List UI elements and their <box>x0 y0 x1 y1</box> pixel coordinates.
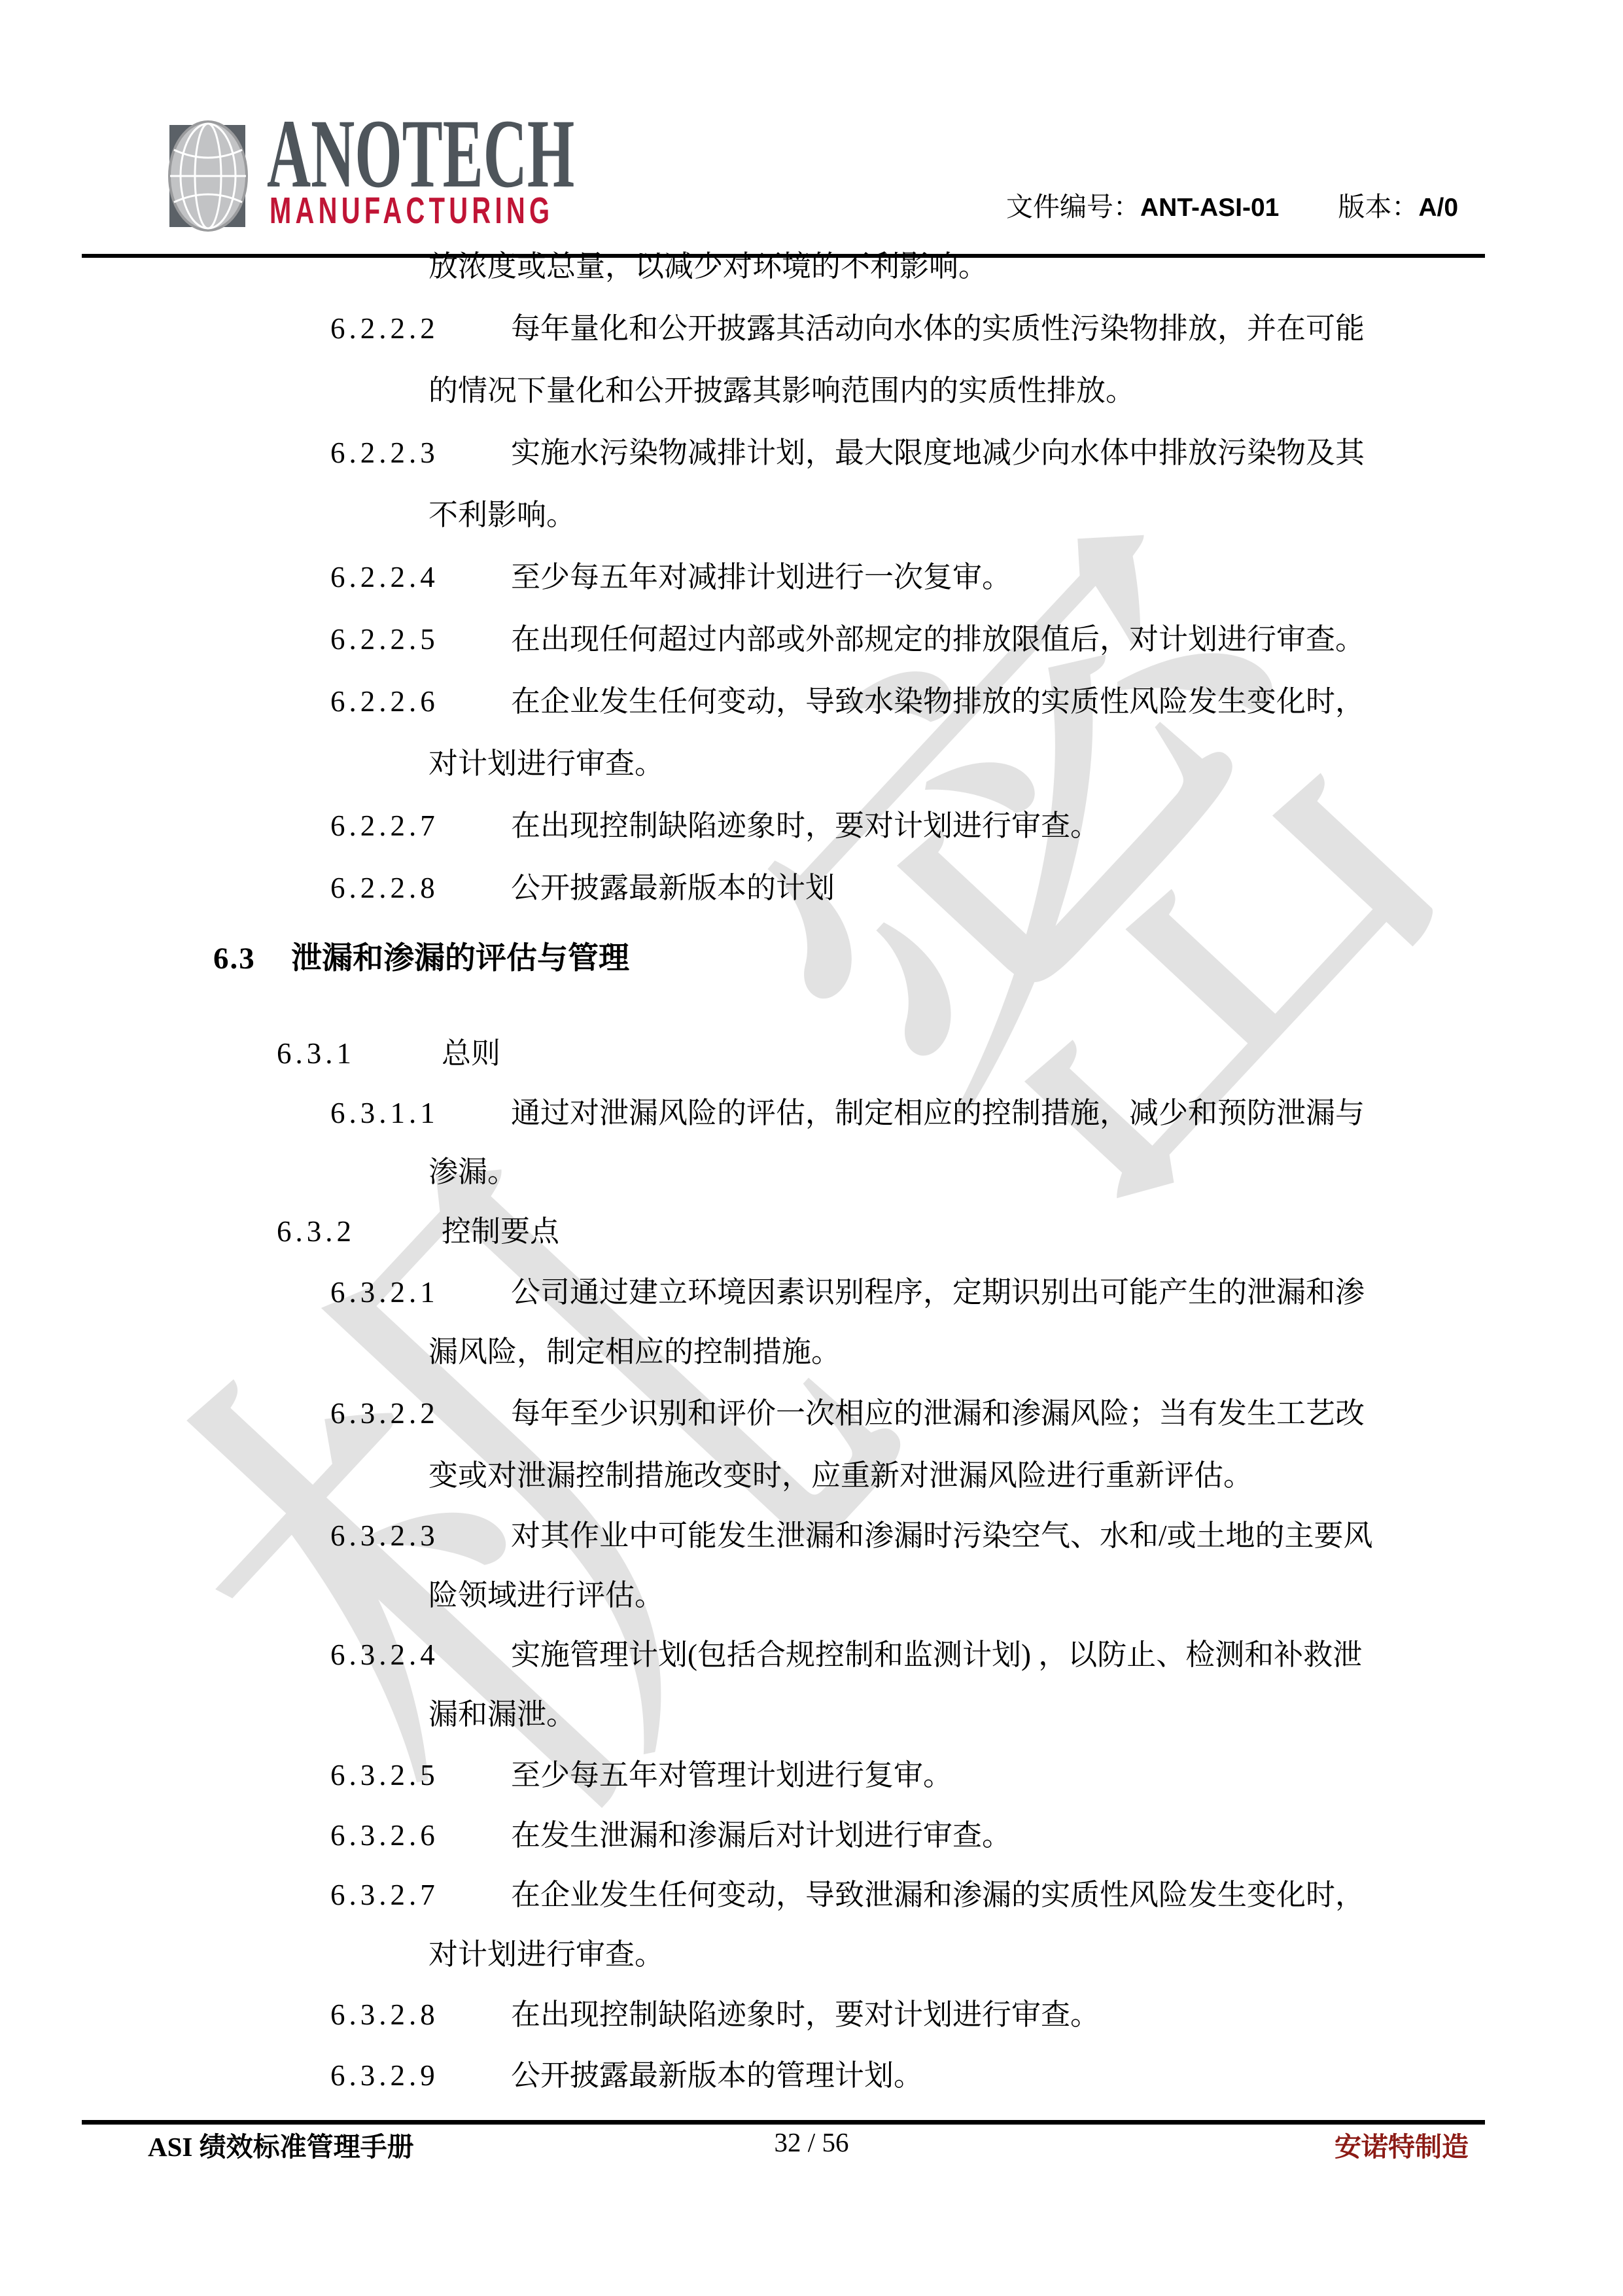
clause-text: 通过对泄漏风险的评估，制定相应的控制措施，减少和预防泄漏与 <box>511 1097 1365 1129</box>
clause-text: 总则 <box>442 1037 500 1070</box>
doc-line: 渗漏。 <box>428 1156 517 1190</box>
doc-line: 漏和漏泄。 <box>428 1698 576 1732</box>
clause-number: 6.2.2.4 <box>330 561 511 595</box>
globe-icon <box>167 120 249 232</box>
clause-number: 6.2.2.2 <box>330 312 511 346</box>
document-page: 机密 ANOTECH MANUFACTURING 文件编号：ANT-ASI-01… <box>0 0 1623 2296</box>
clause-number: 6.3.1.1 <box>330 1097 511 1131</box>
clause-text: 实施水污染物减排计划，最大限度地减少向水体中排放污染物及其 <box>511 436 1365 469</box>
doc-line: 6.3.2.5至少每五年对管理计划进行复审。 <box>330 1759 952 1793</box>
clause-text: 放浓度或总量，以减少对环境的不利影响。 <box>428 250 988 283</box>
doc-line: 6.2.2.3实施水污染物减排计划，最大限度地减少向水体中排放污染物及其 <box>330 436 1365 470</box>
doc-line: 放浓度或总量，以减少对环境的不利影响。 <box>428 250 988 284</box>
clause-text: 变或对泄漏控制措施改变时，应重新对泄漏风险进行重新评估。 <box>428 1459 1253 1492</box>
footer-company-name: 安诺特制造 <box>1335 2125 1469 2164</box>
clause-text: 漏和漏泄。 <box>428 1698 576 1731</box>
clause-number: 6.3.2.3 <box>330 1519 511 1553</box>
doc-line: 6.2.2.4至少每五年对减排计划进行一次复审。 <box>330 561 1011 595</box>
section-heading: 6.3泄漏和渗漏的评估与管理 <box>213 941 629 976</box>
doc-line: 6.2.2.2每年量化和公开披露其活动向水体的实质性污染物排放，并在可能 <box>330 312 1365 346</box>
clause-number: 6.3.2.6 <box>330 1819 511 1853</box>
clause-text: 在企业发生任何变动，导致泄漏和渗漏的实质性风险发生变化时， <box>511 1879 1365 1911</box>
doc-line: 6.2.2.6在企业发生任何变动，导致水染物排放的实质性风险发生变化时， <box>330 685 1365 719</box>
clause-text: 控制要点 <box>442 1215 559 1248</box>
document-meta: 文件编号：ANT-ASI-01版本：A/0 <box>1006 191 1458 224</box>
clause-text: 在企业发生任何变动，导致水染物排放的实质性风险发生变化时， <box>511 685 1365 718</box>
doc-line: 的情况下量化和公开披露其影响范围内的实质性排放。 <box>428 374 1135 408</box>
section-title: 泄漏和渗漏的评估与管理 <box>291 942 629 976</box>
clause-number: 6.3.2.7 <box>330 1879 511 1913</box>
clause-number: 6.3.2.4 <box>330 1638 511 1672</box>
clause-text: 公开披露最新版本的计划 <box>511 872 835 904</box>
doc-number-label: 文件编号： <box>1006 192 1140 222</box>
clause-text: 渗漏。 <box>428 1156 517 1188</box>
doc-line: 6.3.2.4实施管理计划(包括合规控制和监测计划) ，以防止、检测和补救泄 <box>330 1638 1362 1672</box>
doc-line: 对计划进行审查。 <box>428 1938 664 1972</box>
doc-line: 对计划进行审查。 <box>428 747 664 781</box>
doc-line: 6.3.2.7在企业发生任何变动，导致泄漏和渗漏的实质性风险发生变化时， <box>330 1879 1365 1913</box>
clause-text: 至少每五年对管理计划进行复审。 <box>511 1759 952 1792</box>
clause-text: 公开披露最新版本的管理计划。 <box>511 2059 923 2092</box>
brand-name: ANOTECH <box>267 105 574 203</box>
doc-line: 6.3.2.3对其作业中可能发生泄漏和渗漏时污染空气、水和/或土地的主要风 <box>330 1519 1373 1553</box>
doc-line: 6.3.2.9公开披露最新版本的管理计划。 <box>330 2059 923 2093</box>
doc-line: 漏风险，制定相应的控制措施。 <box>428 1335 841 1369</box>
clause-text: 至少每五年对减排计划进行一次复审。 <box>511 561 1011 593</box>
doc-line: 险领域进行评估。 <box>428 1579 664 1613</box>
doc-line: 6.2.2.5在出现任何超过内部或外部规定的排放限值后，对计划进行审查。 <box>330 623 1365 657</box>
doc-line: 6.2.2.8公开披露最新版本的计划 <box>330 872 835 906</box>
clause-text: 每年至少识别和评价一次相应的泄漏和渗漏风险；当有发生工艺改 <box>511 1397 1365 1430</box>
clause-number: 6.3.2.9 <box>330 2059 511 2093</box>
clause-text: 在发生泄漏和渗漏后对计划进行审查。 <box>511 1819 1011 1852</box>
page-content: ANOTECH MANUFACTURING 文件编号：ANT-ASI-01版本：… <box>0 0 1623 2296</box>
version-label: 版本： <box>1338 192 1418 222</box>
clause-text: 对其作业中可能发生泄漏和渗漏时污染空气、水和/或土地的主要风 <box>511 1519 1373 1552</box>
doc-line: 不利影响。 <box>428 499 576 533</box>
clause-text: 实施管理计划(包括合规控制和监测计划) ，以防止、检测和补救泄 <box>511 1638 1362 1671</box>
doc-line: 6.3.2控制要点 <box>277 1215 559 1249</box>
section-number: 6.3 <box>213 941 291 976</box>
brand-subtitle: MANUFACTURING <box>270 192 553 230</box>
clause-text: 公司通过建立环境因素识别程序，定期识别出可能产生的泄漏和渗 <box>511 1276 1365 1309</box>
clause-number: 6.3.1 <box>277 1037 442 1071</box>
version-value: A/0 <box>1418 194 1458 222</box>
clause-text: 在出现任何超过内部或外部规定的排放限值后，对计划进行审查。 <box>511 623 1365 656</box>
clause-number: 6.2.2.3 <box>330 436 511 470</box>
footer-rule <box>82 2120 1485 2125</box>
doc-line: 6.2.2.7在出现控制缺陷迹象时，要对计划进行审查。 <box>330 809 1100 843</box>
doc-line: 6.3.2.6在发生泄漏和渗漏后对计划进行审查。 <box>330 1819 1011 1853</box>
clause-number: 6.2.2.7 <box>330 809 511 843</box>
clause-text: 在出现控制缺陷迹象时，要对计划进行审查。 <box>511 1998 1100 2031</box>
company-logo <box>167 120 249 232</box>
clause-number: 6.3.2.2 <box>330 1397 511 1431</box>
doc-line: 6.3.1总则 <box>277 1037 500 1071</box>
doc-line: 6.3.2.1公司通过建立环境因素识别程序，定期识别出可能产生的泄漏和渗 <box>330 1276 1365 1310</box>
doc-line: 6.3.2.8在出现控制缺陷迹象时，要对计划进行审查。 <box>330 1998 1100 2032</box>
clause-number: 6.3.2.1 <box>330 1276 511 1310</box>
doc-line: 6.3.1.1通过对泄漏风险的评估，制定相应的控制措施，减少和预防泄漏与 <box>330 1097 1365 1131</box>
clause-text: 险领域进行评估。 <box>428 1579 664 1612</box>
clause-text: 在出现控制缺陷迹象时，要对计划进行审查。 <box>511 809 1100 842</box>
clause-text: 不利影响。 <box>428 499 576 531</box>
doc-line: 6.3.2.2每年至少识别和评价一次相应的泄漏和渗漏风险；当有发生工艺改 <box>330 1397 1365 1431</box>
clause-number: 6.2.2.6 <box>330 685 511 719</box>
clause-number: 6.3.2.5 <box>330 1759 511 1793</box>
clause-number: 6.2.2.8 <box>330 872 511 906</box>
clause-number: 6.3.2 <box>277 1215 442 1249</box>
clause-number: 6.2.2.5 <box>330 623 511 657</box>
clause-number: 6.3.2.8 <box>330 1998 511 2032</box>
clause-text: 对计划进行审查。 <box>428 1938 664 1971</box>
clause-text: 每年量化和公开披露其活动向水体的实质性污染物排放，并在可能 <box>511 312 1365 345</box>
clause-text: 漏风险，制定相应的控制措施。 <box>428 1335 841 1368</box>
clause-text: 对计划进行审查。 <box>428 747 664 780</box>
doc-line: 变或对泄漏控制措施改变时，应重新对泄漏风险进行重新评估。 <box>428 1459 1253 1493</box>
clause-text: 的情况下量化和公开披露其影响范围内的实质性排放。 <box>428 374 1135 407</box>
doc-number-value: ANT-ASI-01 <box>1140 194 1279 222</box>
